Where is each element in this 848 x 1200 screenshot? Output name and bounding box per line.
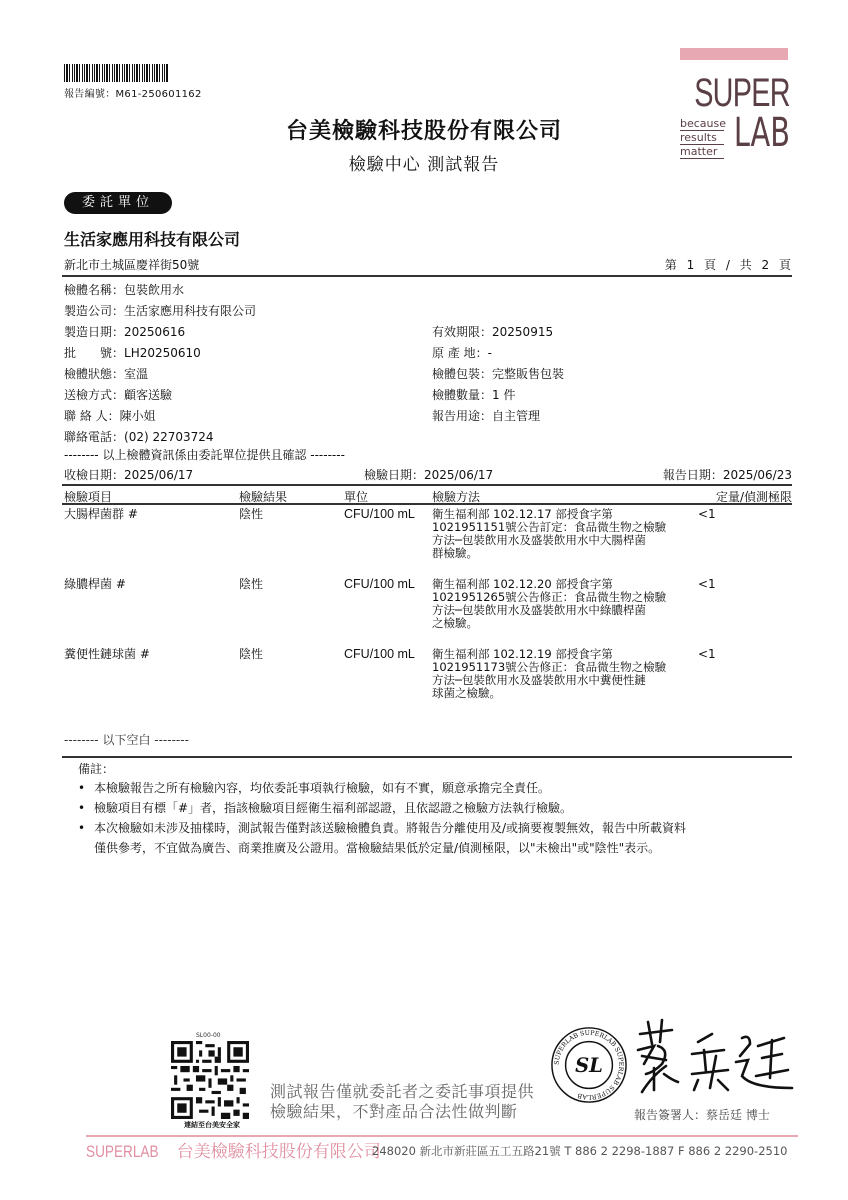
manufacturer-field: 製造公司：生活家應用科技有限公司 (64, 302, 256, 319)
barcode (64, 64, 168, 82)
logo-accent-bar (680, 48, 788, 60)
row-method: 衛生福利部 102.12.19 部授食字第1021951173號公告修正：食品微… (432, 648, 694, 700)
report-purpose-field: 報告用途：自主管理 (432, 407, 540, 424)
logo-super: SUPER (694, 74, 790, 112)
row-method: 衛生福利部 102.12.20 部授食字第1021951265號公告修正：食品微… (432, 578, 694, 630)
end-of-results-note: -------- 以下空白 -------- (64, 731, 189, 748)
qr-caption: 連結至台美安全家 (170, 1120, 254, 1130)
qr-code-icon[interactable] (170, 1041, 250, 1119)
table-bottom-border (62, 756, 792, 758)
received-date: 收檢日期：2025/06/17 (64, 466, 193, 483)
row-item: 綠膿桿菌 # (64, 578, 126, 591)
report-date: 報告日期：2025/06/23 (663, 466, 792, 483)
client-address: 新北市土城區慶祥街50號 (64, 256, 199, 273)
client-section-label: 委託單位 (64, 192, 172, 214)
report-number: 報告編號：M61-250601162 (64, 85, 202, 100)
packaging-field: 檢體包裝：完整販售包裝 (432, 365, 564, 382)
row-unit: CFU/100 mL (344, 648, 415, 661)
row-result: 陰性 (239, 648, 263, 661)
batch-number-field: 批 號：LH20250610 (64, 344, 201, 361)
expiry-date-field: 有效期限：20250915 (432, 323, 553, 340)
sample-state-field: 檢體狀態：室溫 (64, 365, 148, 382)
row-result: 陰性 (239, 578, 263, 591)
origin-field: 原 產 地：- (432, 344, 492, 361)
notes-title: 備註： (78, 760, 114, 777)
row-result: 陰性 (239, 508, 263, 521)
footer-brand-name: SUPERLAB (86, 1142, 159, 1162)
confirmation-note: -------- 以上檢體資訊係由委託單位提供且確認 -------- (64, 446, 345, 463)
manufacture-date-field: 製造日期：20250616 (64, 323, 185, 340)
row-limit: <1 (698, 578, 716, 591)
row-item: 大腸桿菌群 # (64, 508, 138, 521)
note-item: •本檢驗報告之所有檢驗內容，均依委託事項執行檢驗，如有不實，願意承擔完全責任。 (78, 778, 798, 798)
signer-name: 報告簽署人：蔡岳廷 博士 (634, 1106, 770, 1123)
row-item: 糞便性鏈球菌 # (64, 648, 150, 661)
note-item: •本次檢驗如未涉及抽樣時，測試報告僅對該送驗檢體負責。將報告分離使用及/或摘要複… (78, 818, 798, 838)
page-indicator: 第 1 頁 / 共 2 頁 (665, 256, 794, 273)
row-method: 衛生福利部 102.12.17 部授食字第1021951151號公告訂定：食品微… (432, 508, 694, 560)
sample-name-field: 檢體名稱：包裝飲用水 (64, 281, 184, 298)
svg-text:SL: SL (575, 1054, 603, 1077)
footer-company-name: 台美檢驗科技股份有限公司 (177, 1142, 381, 1162)
table-top-border (62, 484, 792, 486)
row-unit: CFU/100 mL (344, 578, 415, 591)
row-limit: <1 (698, 648, 716, 661)
superlab-seal-icon: SUPERLAB SUPERLAB SUPERLAB SUPERLAB SL (550, 1026, 628, 1104)
contact-person-field: 聯 絡 人：陳小姐 (64, 407, 156, 424)
contact-phone-field: 聯絡電話：(02) 22703724 (64, 428, 214, 445)
footer-address: 248020 新北市新莊區五工五路21號 T 886 2 2298-1887 F… (372, 1143, 787, 1159)
quantity-field: 檢體數量：1 件 (432, 386, 515, 403)
note-item: •檢驗項目有標「#」者，指該檢驗項目經衛生福利部認證，且依認證之檢驗方法執行檢驗… (78, 798, 798, 818)
submission-method-field: 送檢方式：顧客送驗 (64, 386, 172, 403)
client-name: 生活家應用科技有限公司 (64, 227, 240, 250)
test-date: 檢驗日期：2025/06/17 (364, 466, 493, 483)
report-title: 檢驗中心 測試報告 (0, 150, 848, 175)
table-header-border (62, 503, 792, 505)
divider (62, 275, 792, 277)
company-title: 台美檢驗科技股份有限公司 (0, 114, 848, 145)
note-item-continued: 僅供參考，不宜做為廣告、商業推廣及公證用。當檢驗結果低於定量/偵測極限，以"未檢… (78, 838, 798, 858)
handwritten-signature (632, 1016, 797, 1096)
legality-disclaimer: 測試報告僅就委託者之委託事項提供 檢驗結果，不對產品合法性做判斷 (270, 1082, 534, 1122)
row-limit: <1 (698, 508, 716, 521)
qr-label: SL00-00 (196, 1032, 221, 1039)
footer-brand: SUPERLAB台美檢驗科技股份有限公司 (86, 1137, 381, 1162)
row-unit: CFU/100 mL (344, 508, 415, 521)
